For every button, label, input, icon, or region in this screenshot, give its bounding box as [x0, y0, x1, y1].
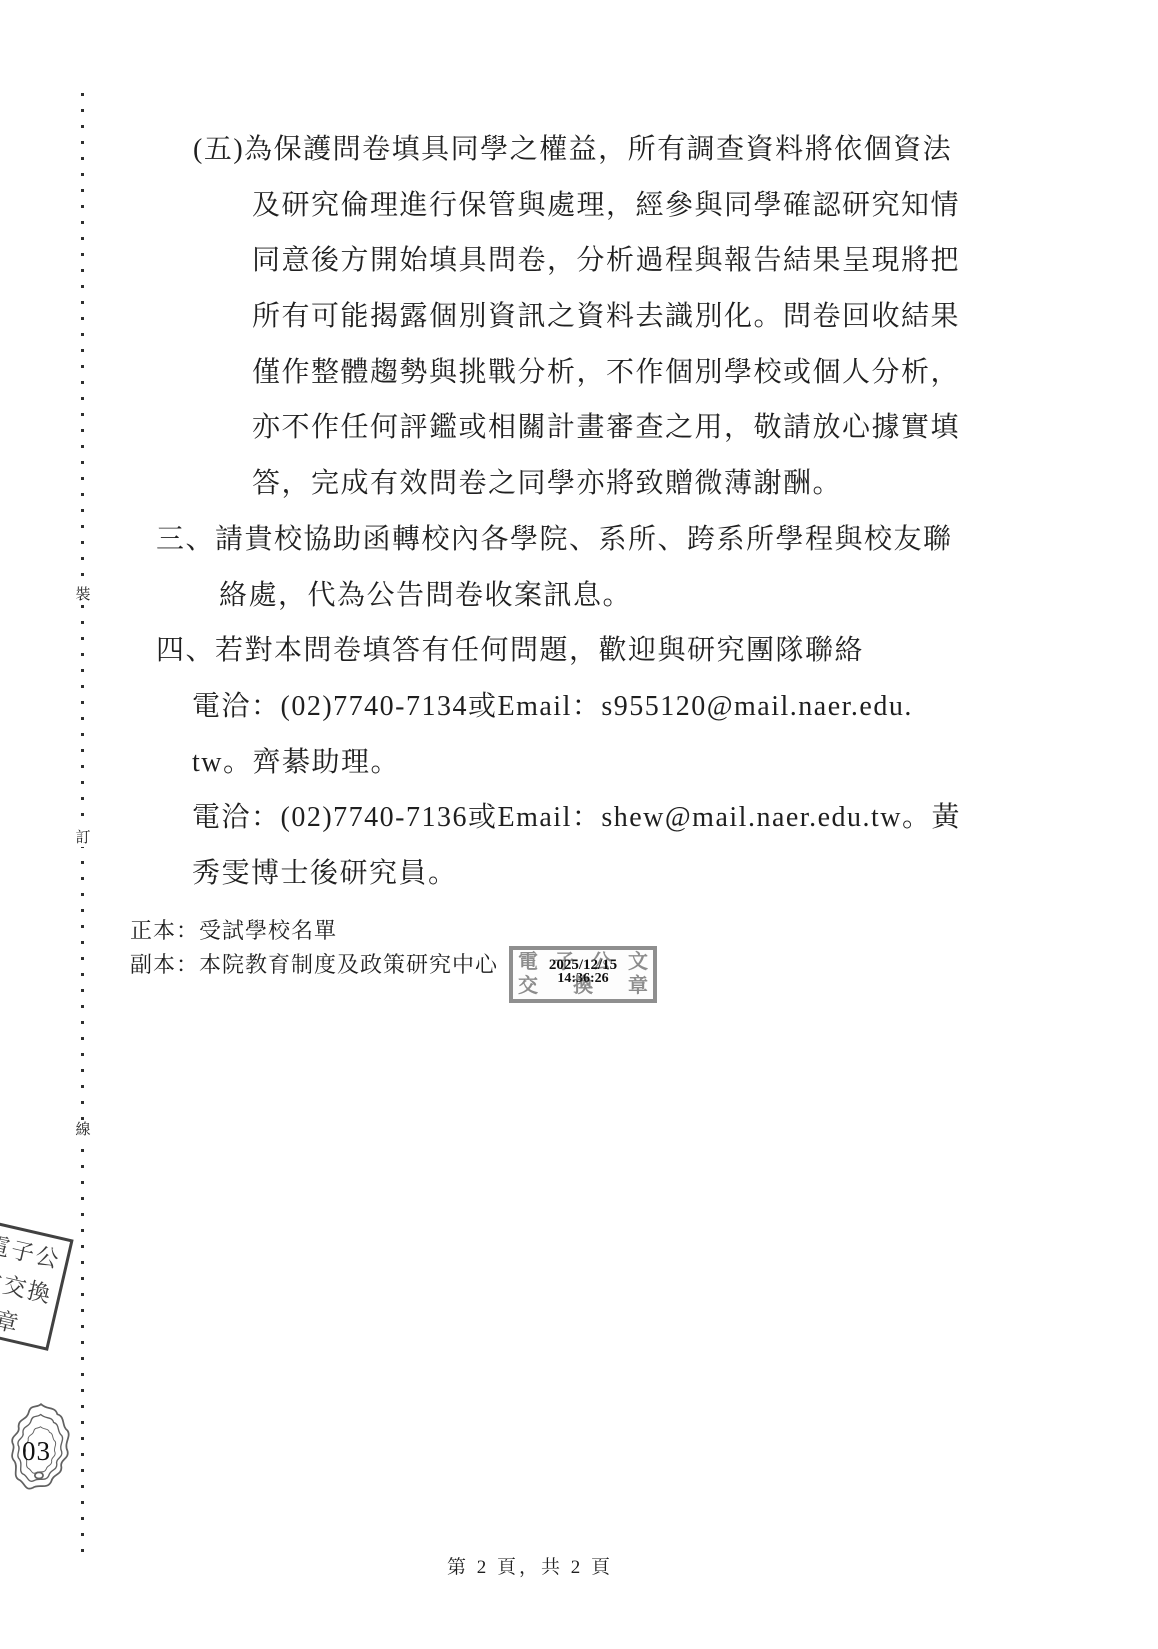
body-line: 所有可能揭露個別資訊之資料去識別化。問卷回收結果 — [0, 289, 1060, 345]
page-footer: 第 2 頁，共 2 頁 — [0, 1552, 1060, 1579]
body-line: tw。齊綦助理。 — [0, 735, 1060, 791]
electronic-exchange-stamp: 電 子 公 文 交 換 章 2025/12/15 14:36:26 — [509, 946, 657, 1003]
body-line: 答，完成有效問卷之同學亦將致贈微薄謝酬。 — [0, 456, 1060, 512]
body-text: (五)為保護問卷填具同學之權益，所有調查資料將依個資法 及研究倫理進行保管與處理… — [0, 122, 1060, 902]
stamp-timestamp: 2025/12/15 14:36:26 — [513, 959, 653, 985]
gear-seal: 03 — [10, 1400, 72, 1502]
body-line: 三、請貴校協助函轉校內各學院、系所、跨系所學程與校友聯 — [0, 512, 1060, 568]
body-line: 及研究倫理進行保管與處理，經參與同學確認研究知情 — [0, 178, 1060, 234]
distribution-original: 正本：受試學校名單 — [130, 914, 337, 945]
seal-number: 03 — [22, 1436, 51, 1467]
stamp-time: 14:36:26 — [513, 972, 653, 985]
body-line: 四、若對本問卷填答有任何問題，歡迎與研究團隊聯絡 — [0, 623, 1060, 679]
document-page: 裝 訂 線 (五)為保護問卷填具同學之權益，所有調查資料將依個資法 及研究倫理進… — [0, 0, 1158, 1649]
body-line: 亦不作任何評鑑或相關計畫審查之用，敬請放心據實填 — [0, 400, 1060, 456]
body-line: 電洽：(02)7740-7136或Email：shew@mail.naer.ed… — [0, 790, 1060, 846]
body-line: 同意後方開始填具問卷，分析過程與報告結果呈現將把 — [0, 233, 1060, 289]
body-line: 僅作整體趨勢與挑戰分析，不作個別學校或個人分析， — [0, 345, 1060, 401]
body-line: 絡處，代為公告問卷收案訊息。 — [0, 568, 1060, 624]
body-line: 秀雯博士後研究員。 — [0, 846, 1060, 902]
distribution-copy: 副本：本院教育制度及政策研究中心 — [130, 948, 498, 979]
body-line: (五)為保護問卷填具同學之權益，所有調查資料將依個資法 — [0, 122, 1060, 178]
body-line: 電洽：(02)7740-7134或Email：s955120@mail.naer… — [0, 679, 1060, 735]
side-exchange-stamp: 電子公 文交換 章 — [0, 1219, 74, 1351]
binding-char-xian: 線 — [74, 1121, 92, 1139]
